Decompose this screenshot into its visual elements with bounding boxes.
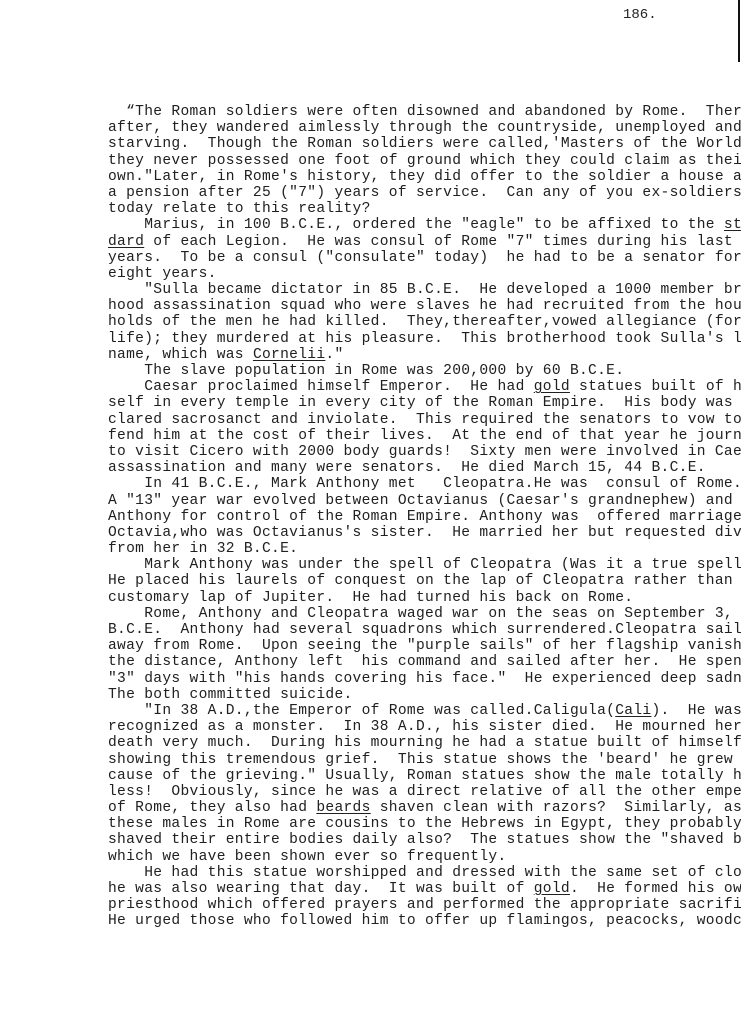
underlined-word: gold (534, 379, 570, 395)
text-line: to visit Cicero with 2000 body guards! S… (108, 444, 668, 460)
text-line: Caesar proclaimed himself Emperor. He ha… (108, 379, 668, 395)
text-line: showing this tremendous grief. This stat… (108, 752, 668, 768)
text-line: today relate to this reality? (108, 201, 668, 217)
text-line: of Rome, they also had beards shaven cle… (108, 800, 668, 816)
text-line: He urged those who followed him to offer… (108, 913, 668, 929)
text-line: clared sacrosanct and inviolate. This re… (108, 412, 668, 428)
underlined-word: gold (534, 881, 570, 897)
text-line: death very much. During his mourning he … (108, 735, 668, 751)
text-line: Mark Anthony was under the spell of Cleo… (108, 557, 668, 573)
text-line: they never possessed one foot of ground … (108, 153, 668, 169)
text-line: Octavia,who was Octavianus's sister. He … (108, 525, 668, 541)
text-line: "Sulla became dictator in 85 B.C.E. He d… (108, 282, 668, 298)
text-line: dard of each Legion. He was consul of Ro… (108, 234, 668, 250)
text-line: "In 38 A.D.,the Emperor of Rome was call… (108, 703, 668, 719)
page-number: 186. (623, 7, 657, 23)
text-line: cause of the grieving." Usually, Roman s… (108, 768, 668, 784)
text-line: own."Later, in Rome's history, they did … (108, 169, 668, 185)
text-line: "3" days with "his hands covering his fa… (108, 671, 668, 687)
document-body: “The Roman soldiers were often disowned … (108, 104, 668, 930)
text-line: away from Rome. Upon seeing the "purple … (108, 638, 668, 654)
text-line: which we have been shown ever so frequen… (108, 849, 668, 865)
text-line: name, which was Cornelii." (108, 347, 668, 363)
text-line: a pension after 25 ("7") years of servic… (108, 185, 668, 201)
text-line: customary lap of Jupiter. He had turned … (108, 590, 668, 606)
text-line: he was also wearing that day. It was bui… (108, 881, 668, 897)
text-line: Marius, in 100 B.C.E., ordered the "eagl… (108, 217, 668, 233)
underlined-word: stan- (724, 217, 741, 233)
text-line: He had this statue worshipped and dresse… (108, 865, 668, 881)
text-line: years. To be a consul ("consulate" today… (108, 250, 668, 266)
text-line: starving. Though the Roman soldiers were… (108, 136, 668, 152)
underlined-word: Cali (615, 703, 651, 719)
underlined-word: dard (108, 234, 144, 250)
underlined-word: beards (316, 800, 370, 816)
underlined-word: Cornelii (253, 347, 325, 363)
text-line: the distance, Anthony left his command a… (108, 654, 668, 670)
text-line: The slave population in Rome was 200,000… (108, 363, 668, 379)
text-line: He placed his laurels of conquest on the… (108, 573, 668, 589)
text-line: fend him at the cost of their lives. At … (108, 428, 668, 444)
text-line: hood assassination squad who were slaves… (108, 298, 668, 314)
text-line: priesthood which offered prayers and per… (108, 897, 668, 913)
text-line: eight years. (108, 266, 668, 282)
text-line: less! Obviously, since he was a direct r… (108, 784, 668, 800)
text-line: Anthony for control of the Roman Empire.… (108, 509, 668, 525)
text-line: A "13" year war evolved between Octavian… (108, 493, 668, 509)
text-line: life); they murdered at his pleasure. Th… (108, 331, 668, 347)
text-line: holds of the men he had killed. They,the… (108, 314, 668, 330)
text-line: from her in 32 B.C.E. (108, 541, 668, 557)
scan-edge-mark (738, 0, 740, 62)
text-line: “The Roman soldiers were often disowned … (108, 104, 668, 120)
text-line: assassination and many were senators. He… (108, 460, 668, 476)
text-line: Rome, Anthony and Cleopatra waged war on… (108, 606, 668, 622)
text-line: shaved their entire bodies daily also? T… (108, 832, 668, 848)
text-line: The both committed suicide. (108, 687, 668, 703)
text-line: B.C.E. Anthony had several squadrons whi… (108, 622, 668, 638)
text-line: recognized as a monster. In 38 A.D., his… (108, 719, 668, 735)
text-line: self in every temple in every city of th… (108, 395, 668, 411)
text-line: these males in Rome are cousins to the H… (108, 816, 668, 832)
text-line: after, they wandered aimlessly through t… (108, 120, 668, 136)
text-line: In 41 B.C.E., Mark Anthony met Cleopatra… (108, 476, 668, 492)
